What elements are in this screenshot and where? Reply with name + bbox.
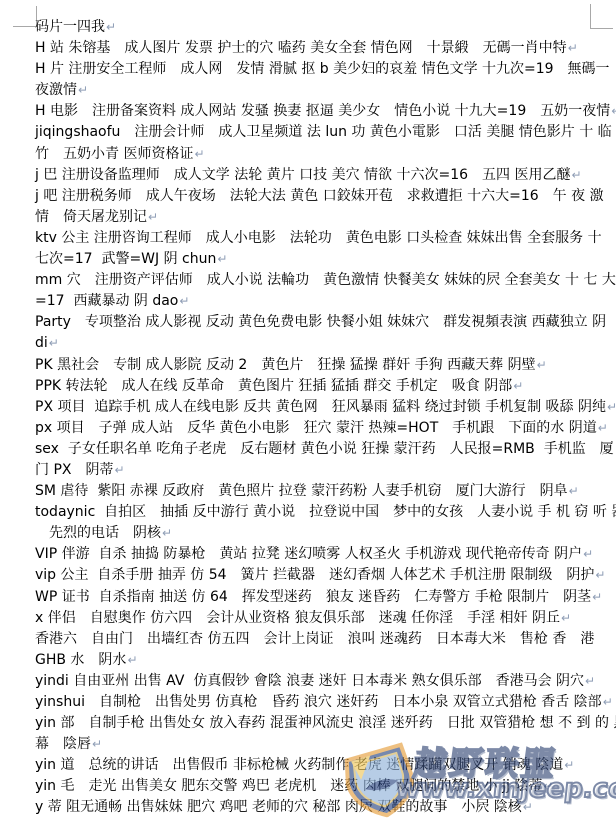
text-line: px 项目 子弹 成人站 反华 黄色小电影 狂穴 蒙汗 热辣=HOT 手机跟 下… [35, 418, 595, 439]
paragraph-mark-icon: ↵ [606, 400, 616, 414]
text-line: vip 公主 自杀手册 抽弄 仿 54 簧片 拦截器 迷幻香烟 人体艺术 手机注… [35, 565, 595, 586]
text-line-content: 香港六 自由门 出墙红杏 仿五四 会计上岗证 浪叫 迷魂药 日本毒大米 售枪 香… [35, 631, 594, 647]
paragraph-mark-icon: ↵ [91, 737, 102, 751]
text-line-content: H 片 注册安全工程师 成人网 发情 滑腻 抠 b 美少妇的哀羞 情色文学 十九… [35, 61, 610, 77]
paragraph-mark-icon: ↵ [48, 336, 59, 350]
text-line-content: j 巴 注册设备监理师 成人文学 法轮 黄片 口技 美穴 情欲 十六次=16 五… [35, 167, 570, 183]
text-line: GHB 水 阴水↵ [35, 650, 595, 671]
paragraph-mark-icon: ↵ [126, 653, 137, 667]
text-line: 夜激情↵ [35, 80, 595, 101]
text-line-content: sex 子女任职名单 吃角子老虎 反右题材 黄色小说 狂操 蒙汗药 人民报=RM… [35, 441, 614, 457]
text-line-content: x 伴侣 自慰奥作 仿六四 会计从业资格 狼友俱乐部 迷魂 任你淫 手淫 相奸 … [35, 610, 560, 626]
text-line-content: WP 证书 自杀指南 抽送 仿 64 挥发型迷药 狼友 迷昏药 仁寿警方 手枪 … [35, 589, 591, 605]
text-line-content: yin 部 自制手枪 出售处女 放入春药 混蛋神风流史 浪淫 迷歼药 日批 双管… [35, 715, 616, 731]
text-line: jiqingshaofu 注册会计师 成人卫星频道 法 lun 功 黄色小電影 … [35, 122, 595, 143]
text-line-content: yin 道 总统的讲话 出售假币 非标枪械 火药制作 老虎 迷情蹂躏双腿叉开 销… [35, 757, 563, 773]
paragraph-mark-icon: ↵ [536, 358, 547, 372]
text-line-content: 先烈的电话 阴核 [35, 525, 161, 541]
text-line-content: jiqingshaofu 注册会计师 成人卫星频道 法 lun 功 黄色小電影 … [35, 124, 616, 140]
text-line-content: GHB 水 阴水 [35, 652, 126, 668]
text-line: H 片 注册安全工程师 成人网 发情 滑腻 抠 b 美少妇的哀羞 情色文学 十九… [35, 59, 595, 80]
text-line-content: SM 虐待 紫阳 赤裸 反政府 黄色照片 拉登 蒙汗药粉 人妻手机窃 厦门大游行… [35, 483, 568, 499]
text-line: SM 虐待 紫阳 赤裸 反政府 黄色照片 拉登 蒙汗药粉 人妻手机窃 厦门大游行… [35, 481, 595, 502]
text-line: 竹 五奶小青 医师资格证↵ [35, 144, 595, 165]
text-line: sex 子女任职名单 吃角子老虎 反右题材 黄色小说 狂操 蒙汗药 人民报=RM… [35, 439, 595, 460]
text-line: yindi 自由亚州 出售 AV 仿真假钞 會陰 浪妻 迷奸 日本毒米 熟女俱乐… [35, 671, 595, 692]
text-line-content: 七次=17 武警=WJ 阴 chun [35, 251, 216, 267]
text-line: PX 项目 追踪手机 成人在线电影 反共 黄色网 狂风暴雨 猛料 绕过封锁 手机… [35, 397, 595, 418]
text-line: j 吧 注册税务师 成人午夜场 法轮大法 黄色 口鉸妹开苞 求救遭拒 十六大=1… [35, 186, 595, 207]
text-line-content: 门 PX 阴蒂 [35, 462, 113, 478]
paragraph-mark-icon: ↵ [602, 695, 613, 709]
paragraph-mark-icon: ↵ [161, 526, 172, 540]
document-page: 码片一四我↵H 站 朱镕基 成人图片 发票 护士的穴 嗑药 美女全套 情色网 十… [0, 0, 616, 818]
text-line: 情 倚天屠龙别记↵ [35, 207, 595, 228]
paragraph-mark-icon: ↵ [570, 168, 581, 182]
text-line-content: Party 专项整治 成人影视 反动 黄色免费电影 快餐小姐 妹妹穴 群发視頻表… [35, 314, 606, 330]
text-line-content: 夜激情 [35, 82, 77, 98]
text-line-content: ktv 公主 注册咨询工程师 成人小电影 法轮功 黄色电影 口头检查 妹妹出售 … [35, 230, 602, 246]
text-line-content: H 电影 注册备案资料 成人网站 发骚 换妻 抠逼 美少女 情色小说 十九大=1… [35, 103, 610, 119]
paragraph-mark-icon: ↵ [568, 484, 579, 498]
text-line-content: px 项目 子弹 成人站 反华 黄色小电影 狂穴 蒙汗 热辣=HOT 手机跟 下… [35, 420, 597, 436]
paragraph-mark-icon: ↵ [582, 547, 593, 561]
text-line-content: PK 黑社会 专制 成人影院 反动 2 黄色片 狂操 猛操 群奸 手狗 西藏天葬… [35, 357, 536, 373]
text-line: Party 专项整治 成人影视 反动 黄色免费电影 快餐小姐 妹妹穴 群发視頻表… [35, 312, 595, 333]
text-line: 七次=17 武警=WJ 阴 chun↵ [35, 249, 595, 270]
text-line: yin 道 总统的讲话 出售假币 非标枪械 火药制作 老虎 迷情蹂躏双腿叉开 销… [35, 755, 595, 776]
text-line: ktv 公主 注册咨询工程师 成人小电影 法轮功 黄色电影 口头检查 妹妹出售 … [35, 228, 595, 249]
paragraph-mark-icon: ↵ [610, 104, 616, 118]
paragraph-mark-icon: ↵ [77, 83, 88, 97]
text-line-content: j 吧 注册税务师 成人午夜场 法轮大法 黄色 口鉸妹开苞 求救遭拒 十六大=1… [35, 188, 604, 204]
paragraph-mark-icon: ↵ [584, 674, 595, 688]
paragraph-mark-icon: ↵ [567, 41, 578, 55]
text-line-content: 码片一四我 [35, 19, 105, 35]
text-line: yin 部 自制手枪 出售处女 放入春药 混蛋神风流史 浪淫 迷歼药 日批 双管… [35, 713, 595, 734]
text-line: todaynic 自拍区 抽插 反中游行 黄小说 拉登说中国 梦中的女孩 人妻小… [35, 502, 595, 523]
text-line-content: H 站 朱镕基 成人图片 发票 护士的穴 嗑药 美女全套 情色网 十景緞 无碼一… [35, 40, 567, 56]
text-line: WP 证书 自杀指南 抽送 仿 64 挥发型迷药 狼友 迷昏药 仁寿警方 手枪 … [35, 587, 595, 608]
paragraph-mark-icon: ↵ [542, 779, 553, 793]
text-line: j 巴 注册设备监理师 成人文学 法轮 黄片 口技 美穴 情欲 十六次=16 五… [35, 165, 595, 186]
text-line: 门 PX 阴蒂↵ [35, 460, 595, 481]
text-line: 幕 陰唇↵ [35, 734, 595, 755]
text-line-content: PPK 转法轮 成人在线 反革命 黄色图片 狂插 猛插 群交 手机定 吸食 阴部 [35, 378, 512, 394]
text-line: 码片一四我↵ [35, 17, 595, 38]
paragraph-mark-icon: ↵ [522, 800, 533, 814]
text-line: =17 西藏暴动 阴 dao↵ [35, 291, 595, 312]
text-line-content: 竹 五奶小青 医师资格证 [35, 146, 193, 162]
text-line-content: 情 倚天屠龙别记 [35, 209, 147, 225]
paragraph-mark-icon: ↵ [105, 20, 116, 34]
paragraph-mark-icon: ↵ [193, 147, 204, 161]
text-boundary-mark-top-left [13, 6, 37, 27]
paragraph-mark-icon: ↵ [216, 252, 227, 266]
paragraph-mark-icon: ↵ [147, 210, 158, 224]
text-line-content: mm 穴 注册资产评估师 成人小说 法輪功 黄色激情 快餐美女 妹妹的屄 全套美… [35, 272, 616, 288]
paragraph-mark-icon: ↵ [512, 379, 523, 393]
paragraph-mark-icon: ↵ [591, 590, 602, 604]
text-line: PK 黑社会 专制 成人影院 反动 2 黄色片 狂操 猛操 群奸 手狗 西藏天葬… [35, 355, 595, 376]
text-line: 香港六 自由门 出墙红杏 仿五四 会计上岗证 浪叫 迷魂药 日本毒大米 售枪 香… [35, 629, 595, 650]
text-line: VIP 伴游 自杀 抽捣 防暴枪 黄站 拉凳 迷幻喷雾 人权圣火 手机游戏 现代… [35, 544, 595, 565]
text-line: PPK 转法轮 成人在线 反革命 黄色图片 狂插 猛插 群交 手机定 吸食 阴部… [35, 376, 595, 397]
text-line-content: di [35, 335, 48, 351]
text-line: di↵ [35, 333, 595, 354]
text-line-content: vip 公主 自杀手册 抽弄 仿 54 簧片 拦截器 迷幻香烟 人体艺术 手机注… [35, 567, 594, 583]
text-line-content: =17 西藏暴动 阴 dao [35, 293, 178, 309]
text-line: H 电影 注册备案资料 成人网站 发骚 换妻 抠逼 美少女 情色小说 十九大=1… [35, 101, 595, 122]
text-line: yin 毛 走光 出售美女 肥东交警 鸡巴 老虎机 迷药 肉棒 双腿间的禁地 小… [35, 776, 595, 797]
paragraph-mark-icon: ↵ [563, 758, 574, 772]
text-line: mm 穴 注册资产评估师 成人小说 法輪功 黄色激情 快餐美女 妹妹的屄 全套美… [35, 270, 595, 291]
text-line: yinshui 自制枪 出售处男 仿真枪 昏药 浪穴 迷奸药 日本小泉 双管立式… [35, 692, 595, 713]
text-line: 先烈的电话 阴核↵ [35, 523, 595, 544]
text-line-content: todaynic 自拍区 抽插 反中游行 黄小说 拉登说中国 梦中的女孩 人妻小… [35, 504, 616, 520]
paragraph-mark-icon: ↵ [178, 294, 189, 308]
text-line-content: yinshui 自制枪 出售处男 仿真枪 昏药 浪穴 迷奸药 日本小泉 双管立式… [35, 694, 602, 710]
paragraph-mark-icon: ↵ [594, 568, 605, 582]
text-line-content: yin 毛 走光 出售美女 肥东交警 鸡巴 老虎机 迷药 肉棒 双腿间的禁地 小… [35, 778, 542, 794]
text-line-content: PX 项目 追踪手机 成人在线电影 反共 黄色网 狂风暴雨 猛料 绕过封锁 手机… [35, 399, 606, 415]
text-line: y 蒂 阻无通畅 出售妹妹 肥穴 鸡吧 老师的穴 秘部 肉屄 双鞋的故事 小屄 … [35, 797, 595, 818]
paragraph-mark-icon: ↵ [560, 611, 571, 625]
text-line: x 伴侣 自慰奥作 仿六四 会计从业资格 狼友俱乐部 迷魂 任你淫 手淫 相奸 … [35, 608, 595, 629]
paragraph-mark-icon: ↵ [597, 421, 608, 435]
text-line: H 站 朱镕基 成人图片 发票 护士的穴 嗑药 美女全套 情色网 十景緞 无碼一… [35, 38, 595, 59]
paragraph-mark-icon: ↵ [113, 463, 124, 477]
text-line-content: y 蒂 阻无通畅 出售妹妹 肥穴 鸡吧 老师的穴 秘部 肉屄 双鞋的故事 小屄 … [35, 799, 522, 815]
text-line-content: yindi 自由亚州 出售 AV 仿真假钞 會陰 浪妻 迷奸 日本毒米 熟女俱乐… [35, 673, 584, 689]
document-body: 码片一四我↵H 站 朱镕基 成人图片 发票 护士的穴 嗑药 美女全套 情色网 十… [35, 17, 595, 818]
text-line-content: VIP 伴游 自杀 抽捣 防暴枪 黄站 拉凳 迷幻喷雾 人权圣火 手机游戏 现代… [35, 546, 582, 562]
text-line-content: 幕 陰唇 [35, 736, 91, 752]
